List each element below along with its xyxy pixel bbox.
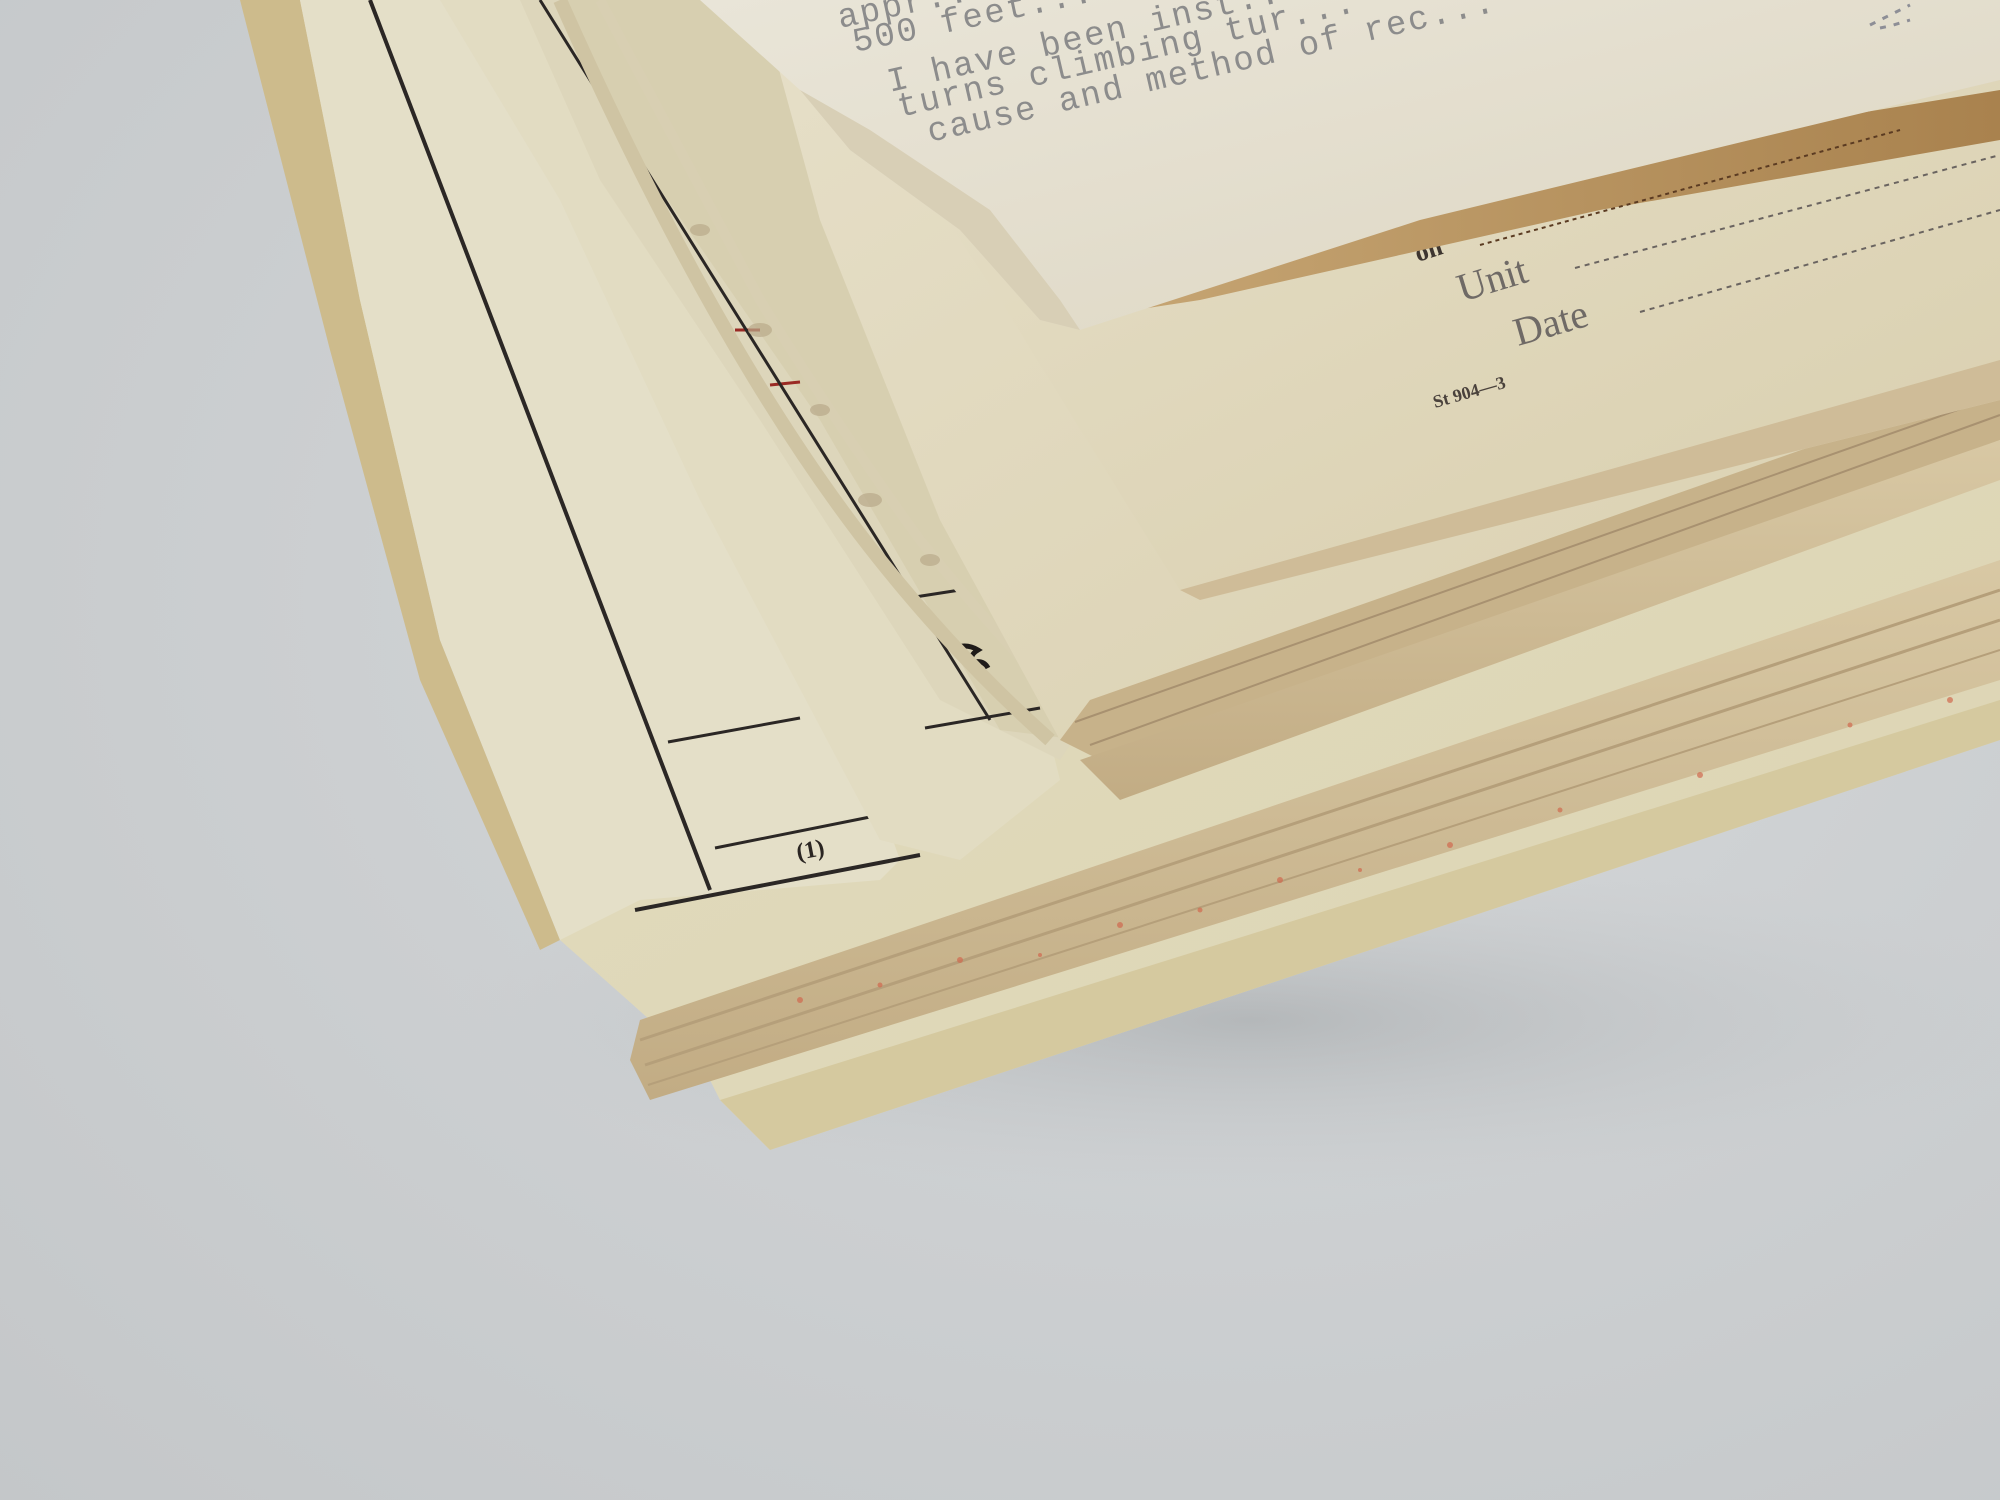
- paper-stack-photo: (1) on Unit: [0, 0, 2000, 1500]
- ledger-column-index: (1): [794, 835, 826, 866]
